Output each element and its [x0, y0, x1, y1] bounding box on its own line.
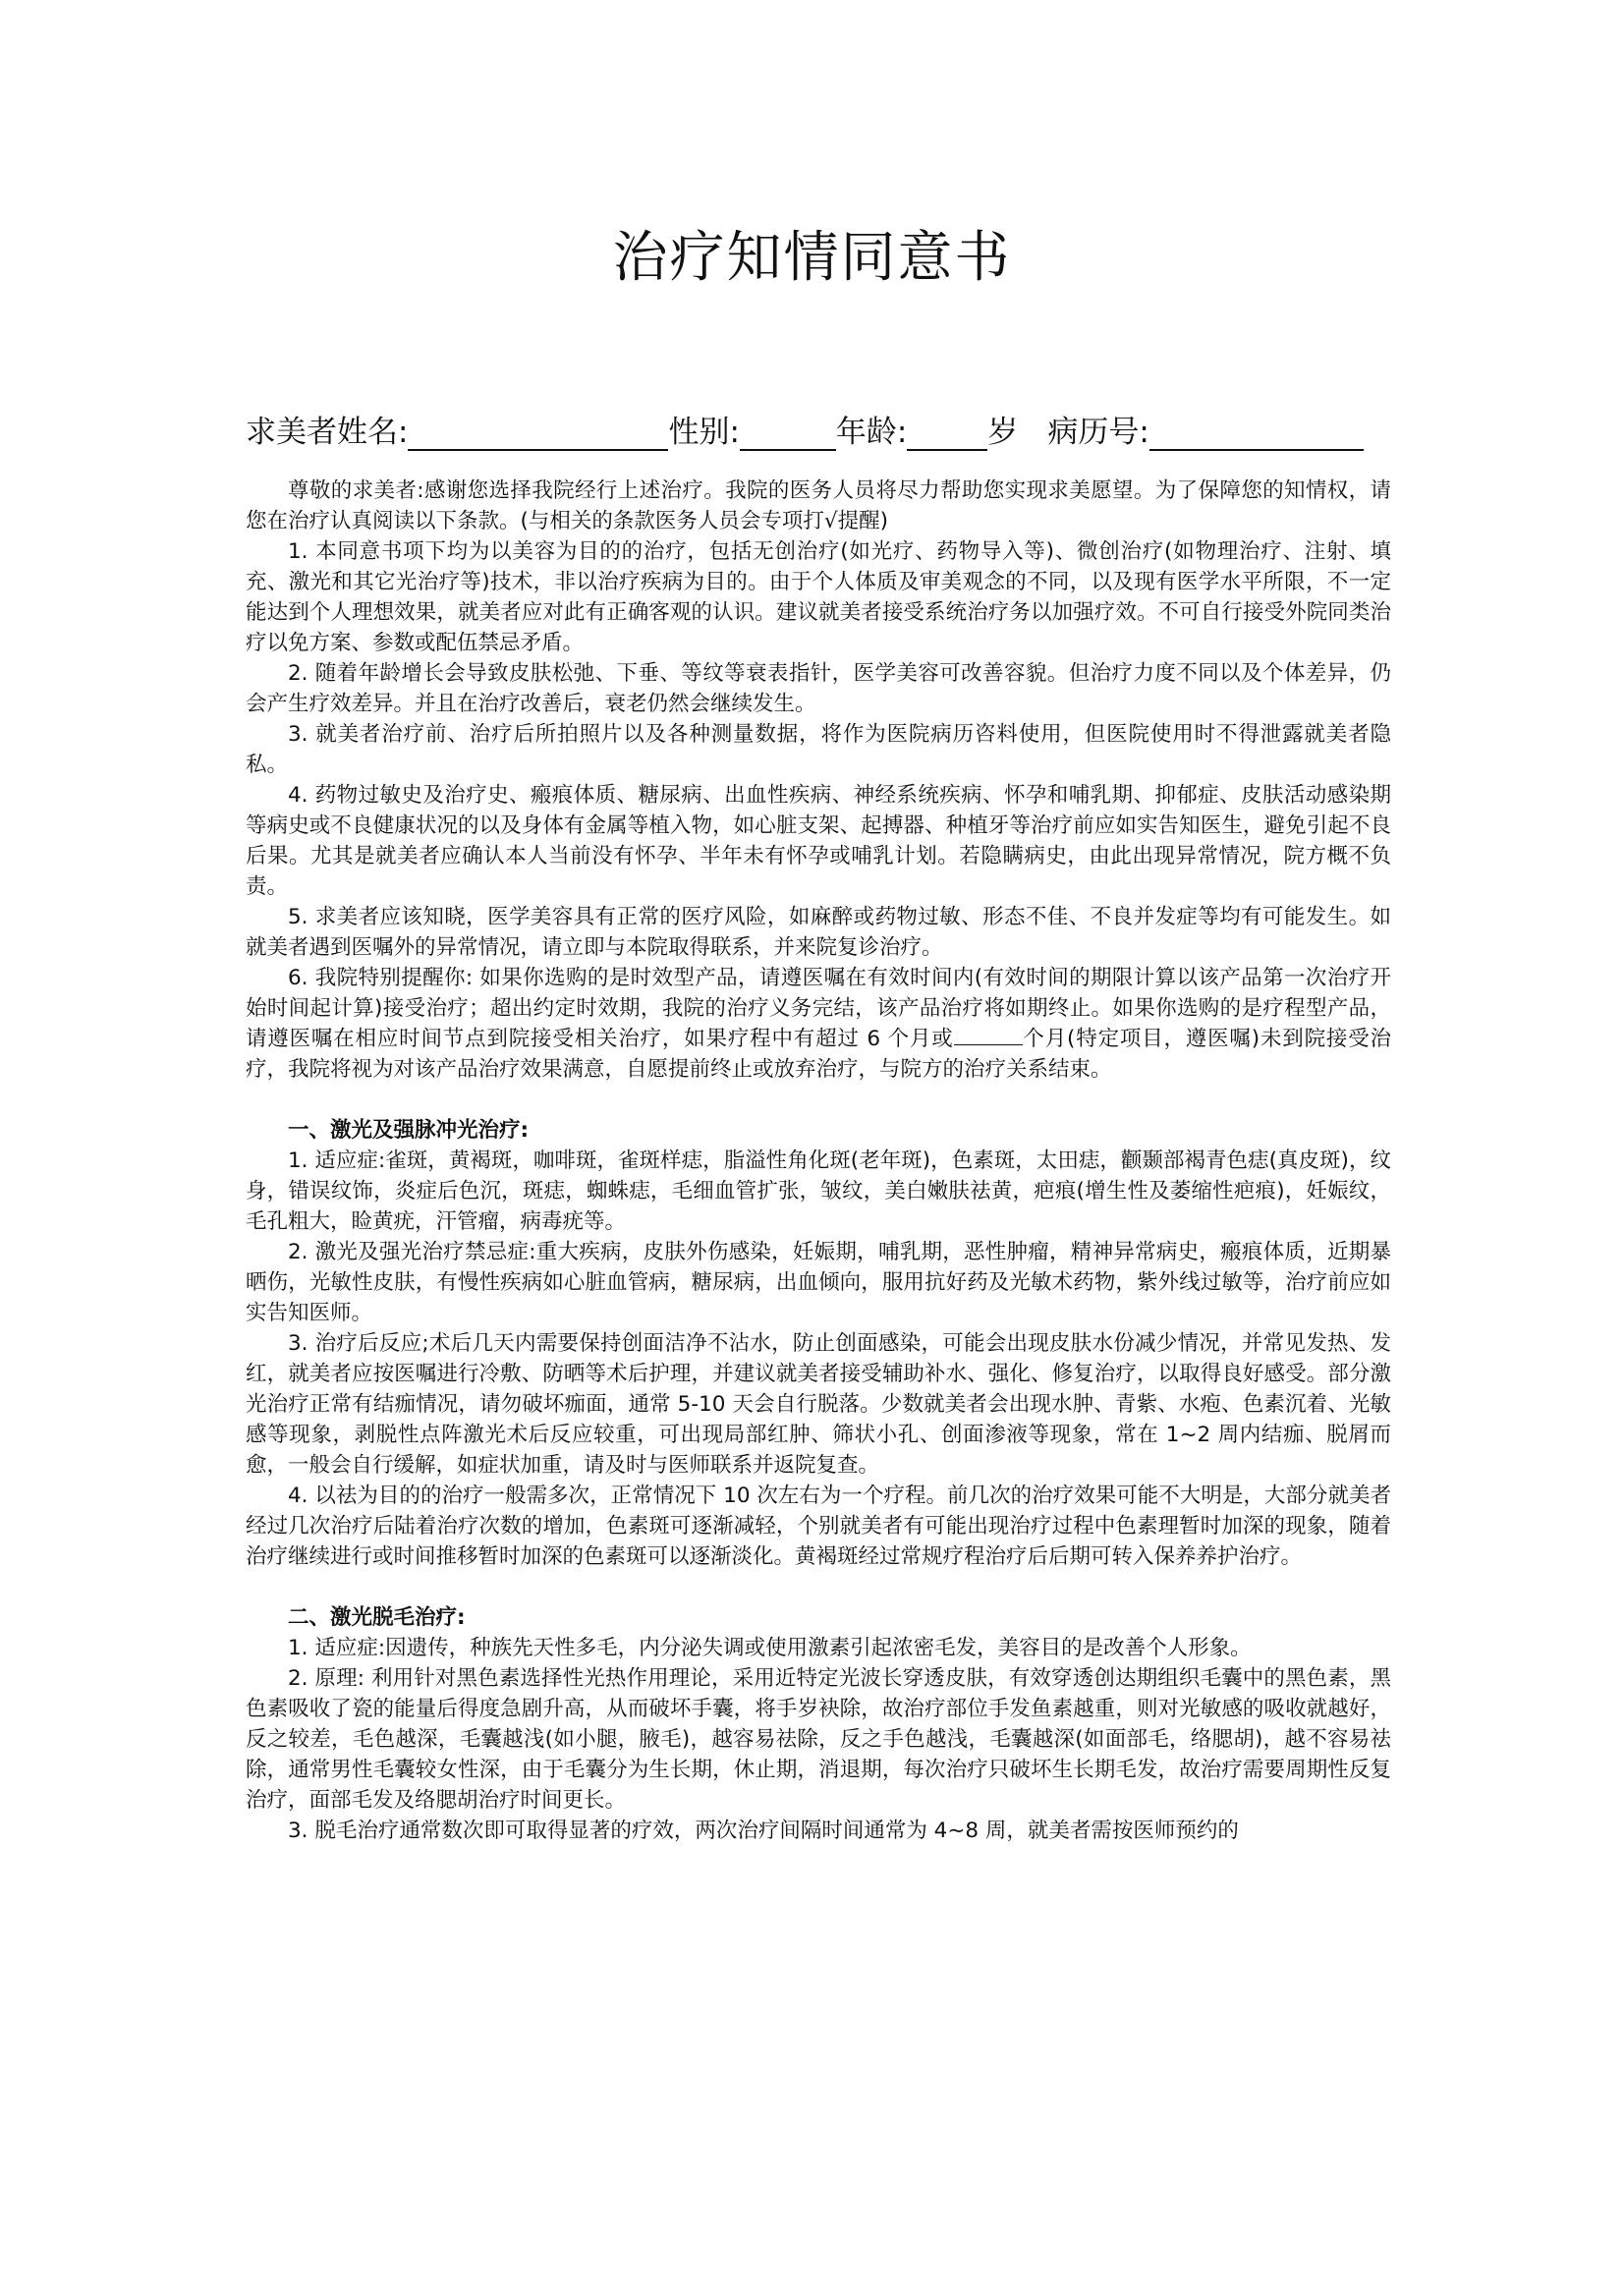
months-blank-field[interactable]: [954, 1025, 1023, 1045]
section-2-item-2: 2. 原理: 利用针对黑色素选择性光热作用理论，采用近特定光波长穿透皮肤，有效穿…: [246, 1663, 1391, 1816]
clause-2: 2. 随着年龄增长会导致皮肤松弛、下垂、等纹等衰表指针，医学美容可改善容貌。但治…: [246, 658, 1391, 719]
section-1-item-4: 4. 以祛为目的的治疗一般需多次，正常情况下 10 次左右为一个疗程。前几次的治…: [246, 1481, 1391, 1572]
section-1-item-2: 2. 激光及强光治疗禁忌症:重大疾病，皮肤外伤感染，妊娠期，哺乳期，恶性肿瘤，精…: [246, 1237, 1391, 1328]
name-label: 求美者姓名:: [246, 407, 408, 451]
clause-5: 5. 求美者应该知晓，医学美容具有正常的医疗风险，如麻醉或药物过敏、形态不佳、不…: [246, 902, 1391, 963]
section-2-item-1: 1. 适应症:因遗传，种族先天性多毛，内分泌失调或使用激素引起浓密毛发，美容目的…: [246, 1633, 1391, 1663]
clause-6: 6. 我院特别提醒你: 如果你选购的是时效型产品，请遵医嘱在有效时间内(有效时间…: [246, 963, 1391, 1085]
intro-paragraph: 尊敬的求美者:感谢您选择我院经行上述治疗。我院的医务人员将尽力帮助您实现求美愿望…: [246, 476, 1391, 536]
gender-label: 性别:: [668, 407, 739, 451]
section-1-item-3: 3. 治疗后反应;术后几天内需要保持创面洁净不沾水，防止创面感染，可能会出现皮肤…: [246, 1328, 1391, 1481]
clause-4: 4. 药物过敏史及治疗史、瘢痕体质、糖尿病、出血性疾病、神经系统疾病、怀孕和哺乳…: [246, 780, 1391, 902]
patient-info-fields: 求美者姓名: 性别: 年龄: 岁 病历号:: [246, 407, 1364, 451]
clause-3: 3. 就美者治疗前、治疗后所拍照片以及各种测量数据，将作为医院病历咨料使用，但医…: [246, 719, 1391, 780]
section-2-item-3: 3. 脱毛治疗通常数次即可取得显著的疗效，两次治疗间隔时间通常为 4~8 周，就…: [246, 1816, 1391, 1846]
record-number-field[interactable]: [1149, 420, 1364, 451]
clause-1: 1. 本同意书项下均为以美容为目的的治疗，包括无创治疗(如光疗、药物导入等)、微…: [246, 536, 1391, 658]
spacer: [246, 1085, 1391, 1115]
age-field[interactable]: [907, 420, 987, 451]
document-title: 治疗知情同意书: [0, 214, 1624, 293]
section-1-item-1: 1. 适应症:雀斑，黄褐斑，咖啡斑，雀斑样痣，脂溢性角化斑(老年斑)，色素斑，太…: [246, 1146, 1391, 1237]
section-2-heading: 二、激光脱毛治疗:: [246, 1602, 1391, 1633]
record-number-label: 病历号:: [1047, 407, 1148, 451]
gender-field[interactable]: [740, 420, 836, 451]
document-body: 尊敬的求美者:感谢您选择我院经行上述治疗。我院的医务人员将尽力帮助您实现求美愿望…: [246, 476, 1391, 1846]
age-label: 年龄:: [836, 407, 907, 451]
spacer: [246, 1572, 1391, 1602]
name-field[interactable]: [408, 420, 668, 451]
age-unit: 岁: [987, 407, 1018, 451]
section-1-heading: 一、激光及强脉冲光治疗:: [246, 1115, 1391, 1146]
